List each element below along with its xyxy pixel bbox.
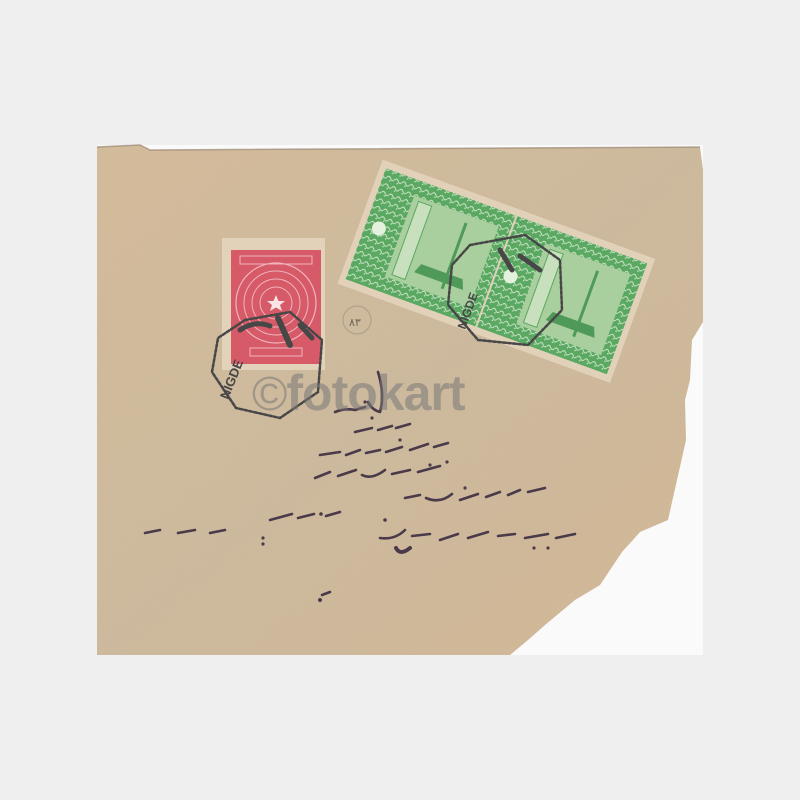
- small-mark: ٨٣: [349, 316, 361, 329]
- watermark-text: fotokart: [286, 365, 464, 421]
- fotokart-watermark: ©fotokart: [252, 368, 464, 419]
- red-star-crescent-stamp: [222, 238, 325, 370]
- copyright-symbol: ©: [252, 368, 286, 421]
